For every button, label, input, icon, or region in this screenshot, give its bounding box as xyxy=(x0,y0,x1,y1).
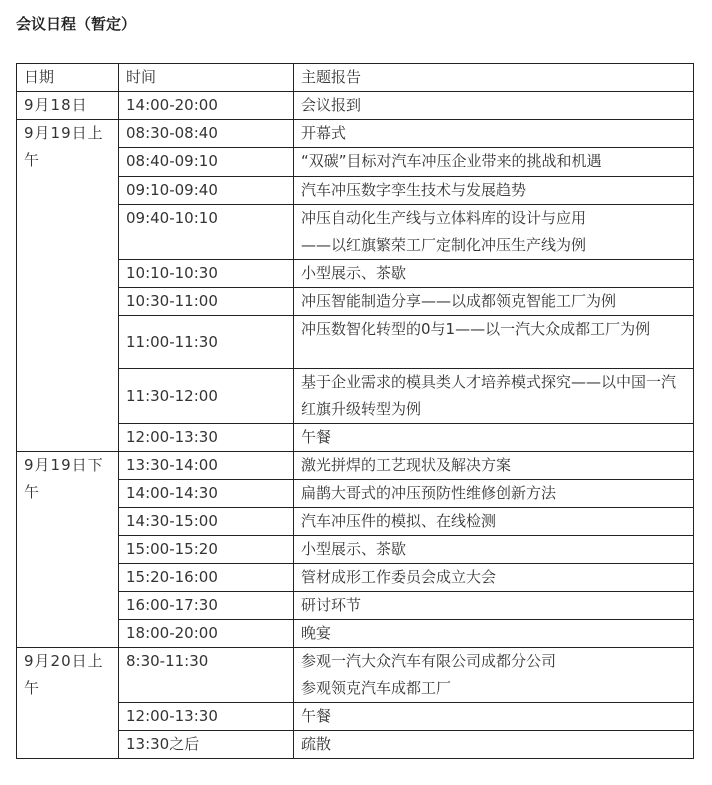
topic-cell: 冲压智能制造分享——以成都领克智能工厂为例 xyxy=(294,288,694,316)
topic-cell: 午餐 xyxy=(294,703,694,731)
date-cell: 9月18日 xyxy=(17,92,119,120)
table-row: 11:30-12:00 基于企业需求的模具类人才培养模式探究——以中国一汽红旗升… xyxy=(17,369,694,424)
page-title: 会议日程（暂定） xyxy=(16,12,136,36)
time-cell: 14:00-14:30 xyxy=(119,480,294,508)
table-row: 11:00-11:30 冲压数智化转型的0与1——以一汽大众成都工厂为例 xyxy=(17,316,694,369)
table-row: 16:00-17:30 研讨环节 xyxy=(17,592,694,620)
time-cell: 11:00-11:30 xyxy=(119,316,294,369)
time-cell: 16:00-17:30 xyxy=(119,592,294,620)
topic-cell: 开幕式 xyxy=(294,120,694,148)
topic-cell: 研讨环节 xyxy=(294,592,694,620)
time-cell: 12:00-13:30 xyxy=(119,424,294,452)
topic-cell: 会议报到 xyxy=(294,92,694,120)
time-cell: 13:30之后 xyxy=(119,731,294,759)
time-cell: 11:30-12:00 xyxy=(119,369,294,424)
date-cell: 9月19日上午 xyxy=(17,120,119,452)
topic-cell: 参观一汽大众汽车有限公司成都分公司 参观领克汽车成都工厂 xyxy=(294,648,694,703)
time-cell: 14:30-15:00 xyxy=(119,508,294,536)
topic-cell: 管材成形工作委员会成立大会 xyxy=(294,564,694,592)
table-header-row: 日期 时间 主题报告 xyxy=(17,64,694,92)
topic-cell: 午餐 xyxy=(294,424,694,452)
topic-cell: 晚宴 xyxy=(294,620,694,648)
topic-cell: 疏散 xyxy=(294,731,694,759)
time-cell: 12:00-13:30 xyxy=(119,703,294,731)
time-cell: 09:10-09:40 xyxy=(119,177,294,205)
table-row: 15:20-16:00 管材成形工作委员会成立大会 xyxy=(17,564,694,592)
topic-line: 冲压自动化生产线与立体料库的设计与应用 xyxy=(301,205,686,232)
column-header-topic: 主题报告 xyxy=(294,64,694,92)
time-cell: 15:00-15:20 xyxy=(119,536,294,564)
table-row: 10:30-11:00 冲压智能制造分享——以成都领克智能工厂为例 xyxy=(17,288,694,316)
time-cell: 8:30-11:30 xyxy=(119,648,294,703)
time-cell: 15:20-16:00 xyxy=(119,564,294,592)
topic-line: ——以红旗繁荣工厂定制化冲压生产线为例 xyxy=(301,232,686,259)
column-header-time: 时间 xyxy=(119,64,294,92)
table-row: 10:10-10:30 小型展示、茶歇 xyxy=(17,260,694,288)
table-row: 14:30-15:00 汽车冲压件的模拟、在线检测 xyxy=(17,508,694,536)
table-row: 12:00-13:30 午餐 xyxy=(17,424,694,452)
table-row: 18:00-20:00 晚宴 xyxy=(17,620,694,648)
column-header-date: 日期 xyxy=(17,64,119,92)
schedule-table: 日期 时间 主题报告 9月18日 14:00-20:00 会议报到 9月19日上… xyxy=(16,63,694,759)
topic-line: 参观领克汽车成都工厂 xyxy=(301,675,686,702)
table-row: 09:40-10:10 冲压自动化生产线与立体料库的设计与应用 ——以红旗繁荣工… xyxy=(17,205,694,260)
topic-cell: 小型展示、茶歇 xyxy=(294,260,694,288)
topic-cell: 激光拼焊的工艺现状及解决方案 xyxy=(294,452,694,480)
table-row: 9月19日下午 13:30-14:00 激光拼焊的工艺现状及解决方案 xyxy=(17,452,694,480)
date-cell: 9月20日上午 xyxy=(17,648,119,759)
topic-cell: 冲压自动化生产线与立体料库的设计与应用 ——以红旗繁荣工厂定制化冲压生产线为例 xyxy=(294,205,694,260)
time-cell: 10:30-11:00 xyxy=(119,288,294,316)
table-row: 9月19日上午 08:30-08:40 开幕式 xyxy=(17,120,694,148)
time-cell: 09:40-10:10 xyxy=(119,205,294,260)
table-row: 09:10-09:40 汽车冲压数字孪生技术与发展趋势 xyxy=(17,177,694,205)
table-row: 14:00-14:30 扁鹊大哥式的冲压预防性维修创新方法 xyxy=(17,480,694,508)
date-cell: 9月19日下午 xyxy=(17,452,119,648)
time-cell: 14:00-20:00 xyxy=(119,92,294,120)
time-cell: 18:00-20:00 xyxy=(119,620,294,648)
table-row: 9月20日上午 8:30-11:30 参观一汽大众汽车有限公司成都分公司 参观领… xyxy=(17,648,694,703)
topic-cell: 小型展示、茶歇 xyxy=(294,536,694,564)
table-row: 13:30之后 疏散 xyxy=(17,731,694,759)
table-row: 9月18日 14:00-20:00 会议报到 xyxy=(17,92,694,120)
time-cell: 08:30-08:40 xyxy=(119,120,294,148)
topic-cell: 扁鹊大哥式的冲压预防性维修创新方法 xyxy=(294,480,694,508)
topic-line: 参观一汽大众汽车有限公司成都分公司 xyxy=(301,648,686,675)
time-cell: 10:10-10:30 xyxy=(119,260,294,288)
time-cell: 08:40-09:10 xyxy=(119,148,294,177)
table-row: 15:00-15:20 小型展示、茶歇 xyxy=(17,536,694,564)
table-row: 08:40-09:10 “双碳”目标对汽车冲压企业带来的挑战和机遇 xyxy=(17,148,694,177)
topic-cell: 汽车冲压件的模拟、在线检测 xyxy=(294,508,694,536)
topic-cell: 汽车冲压数字孪生技术与发展趋势 xyxy=(294,177,694,205)
time-cell: 13:30-14:00 xyxy=(119,452,294,480)
table-row: 12:00-13:30 午餐 xyxy=(17,703,694,731)
topic-cell: 冲压数智化转型的0与1——以一汽大众成都工厂为例 xyxy=(294,316,694,369)
topic-cell: 基于企业需求的模具类人才培养模式探究——以中国一汽红旗升级转型为例 xyxy=(294,369,694,424)
topic-cell: “双碳”目标对汽车冲压企业带来的挑战和机遇 xyxy=(294,148,694,177)
